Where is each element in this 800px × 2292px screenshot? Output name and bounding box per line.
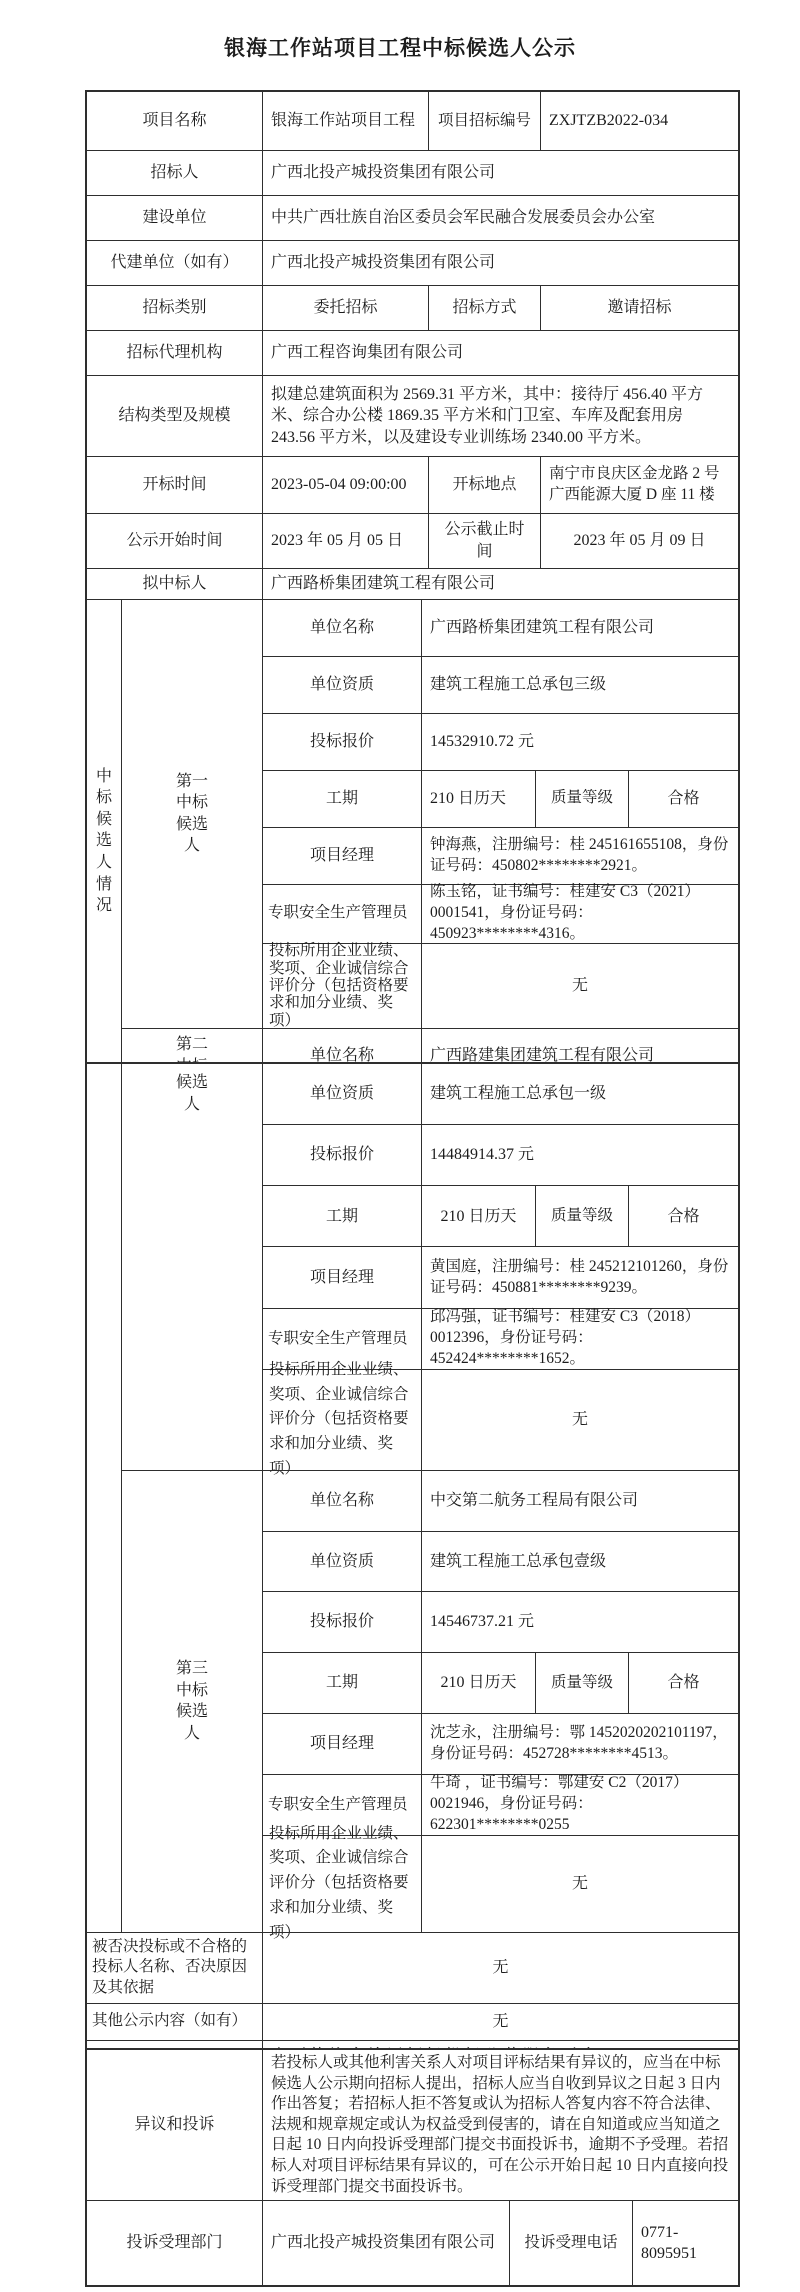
row-tenderer: 招标人 广西北投产城投资集团有限公司 xyxy=(87,150,738,195)
first-unit-qualification-value: 建筑工程施工总承包三级 xyxy=(421,657,738,713)
first-safety-officer-value: 陈玉铭，证书编号：桂建安 C3（2021）0001541，身份证号码：45092… xyxy=(421,885,738,943)
second-safety-officer-value: 邱冯强，证书编号：桂建安 C3（2018）0012396，身份证号码：45242… xyxy=(421,1309,738,1369)
second-quality-grade-value: 合格 xyxy=(628,1186,738,1246)
third-unit-qualification-value: 建筑工程施工总承包壹级 xyxy=(421,1532,738,1592)
candidates-block-page1: 中标 候选 人情 况 第一 中标 候选 人 单位名称 广西路桥集团建筑工程有限公… xyxy=(87,599,738,1083)
row-other-content: 其他公示内容（如有） 无 xyxy=(87,2003,738,2040)
third-duration-value: 210 日历天 xyxy=(421,1653,535,1713)
project-manager-label: 项目经理 xyxy=(263,1714,421,1774)
unit-name-label: 单位名称 xyxy=(263,600,421,656)
tender-category-value: 委托招标 xyxy=(262,286,428,330)
bid-opening-time-label: 开标时间 xyxy=(87,457,262,513)
announcement-table-page3: 异议和投诉 若投标人或其他利害关系人对项目评标结果有异议的，应当在中标候选人公示… xyxy=(85,2048,740,2287)
row-first-safety-officer: 专职安全生产管理员 陈玉铭，证书编号：桂建安 C3（2021）0001541，身… xyxy=(263,884,738,943)
objection-complaint-value: 若投标人或其他利害关系人对项目评标结果有异议的，应当在中标候选人公示期向招标人提… xyxy=(262,2050,738,2200)
second-candidate-rank-label-part2: 候选 人 xyxy=(122,1064,262,1470)
publicity-start-value: 2023 年 05 月 05 日 xyxy=(262,514,428,568)
bid-price-label: 投标报价 xyxy=(263,714,421,770)
row-first-duration: 工期 210 日历天 质量等级 合格 xyxy=(263,770,738,827)
second-duration-value: 210 日历天 xyxy=(421,1186,535,1246)
project-manager-label: 项目经理 xyxy=(263,1247,421,1307)
complaint-phone-value: 0771-8095951 xyxy=(632,2201,738,2285)
row-second-performance: 投标所用企业业绩、奖项、企业诚信综合评价分（包括资格要求和加分业绩、奖项） 无 xyxy=(263,1369,738,1470)
candidates-section-label-continued xyxy=(87,1064,121,1932)
second-candidate-rows-page2: 单位资质 建筑工程施工总承包一级 投标报价 14484914.37 元 工期 2… xyxy=(262,1064,738,1470)
third-unit-name-value: 中交第二航务工程局有限公司 xyxy=(421,1471,738,1531)
third-quality-grade-value: 合格 xyxy=(628,1653,738,1713)
second-candidate-block-page2: 候选 人 单位资质 建筑工程施工总承包一级 投标报价 14484914.37 元… xyxy=(122,1064,738,1470)
structure-value: 拟建总建筑面积为 2569.31 平方米，其中：接待厅 456.40 平方米、综… xyxy=(262,376,738,456)
tender-category-label: 招标类别 xyxy=(87,286,262,330)
quality-grade-label: 质量等级 xyxy=(535,1186,628,1246)
other-content-value: 无 xyxy=(262,2004,738,2040)
row-first-performance: 投标所用企业业绩、奖项、企业诚信综合评价分（包括资格要求和加分业绩、奖项） 无 xyxy=(263,943,738,1028)
row-second-bid-price: 投标报价 14484914.37 元 xyxy=(263,1124,738,1185)
announcement-table-page2: 候选 人 单位资质 建筑工程施工总承包一级 投标报价 14484914.37 元… xyxy=(85,1062,740,2142)
first-candidate-rows: 单位名称 广西路桥集团建筑工程有限公司 单位资质 建筑工程施工总承包三级 投标报… xyxy=(262,600,738,1028)
tender-agency-label: 招标代理机构 xyxy=(87,331,262,375)
third-candidate-block: 第三 中标 候选 人 单位名称 中交第二航务工程局有限公司 单位资质 建筑工程施… xyxy=(122,1470,738,1932)
bid-price-label: 投标报价 xyxy=(263,1125,421,1185)
quality-grade-label: 质量等级 xyxy=(535,771,628,827)
document-page: 银海工作站项目工程中标候选人公示 项目名称 银海工作站项目工程 项目招标编号 Z… xyxy=(0,0,800,2292)
first-unit-name-value: 广西路桥集团建筑工程有限公司 xyxy=(421,600,738,656)
publicity-end-label: 公示截止时间 xyxy=(428,514,540,568)
proposed-winner-label: 拟中标人 xyxy=(87,569,262,599)
rejected-bidders-label: 被否决投标或不合格的投标人名称、否决原因及其依据 xyxy=(87,1933,262,2003)
row-objection-complaint: 异议和投诉 若投标人或其他利害关系人对项目评标结果有异议的，应当在中标候选人公示… xyxy=(87,2050,738,2200)
duration-label: 工期 xyxy=(263,771,421,827)
row-project-name: 项目名称 银海工作站项目工程 项目招标编号 ZXJTZB2022-034 xyxy=(87,92,738,150)
unit-qualification-label: 单位资质 xyxy=(263,1064,421,1124)
row-second-unit-qualification: 单位资质 建筑工程施工总承包一级 xyxy=(263,1064,738,1124)
third-candidate-rank-label: 第三 中标 候选 人 xyxy=(122,1471,262,1932)
bid-opening-place-value: 南宁市良庆区金龙路 2 号广西能源大厦 D 座 11 楼 xyxy=(540,457,738,513)
safety-officer-label: 专职安全生产管理员 xyxy=(263,885,421,943)
structure-label: 结构类型及规模 xyxy=(87,376,262,456)
complaint-department-label: 投诉受理部门 xyxy=(87,2201,262,2285)
unit-qualification-label: 单位资质 xyxy=(263,657,421,713)
proposed-winner-value: 广西路桥集团建筑工程有限公司 xyxy=(262,569,738,599)
agent-construction-unit-label: 代建单位（如有） xyxy=(87,241,262,285)
third-candidate-rows: 单位名称 中交第二航务工程局有限公司 单位资质 建筑工程施工总承包壹级 投标报价… xyxy=(262,1471,738,1932)
first-candidate-block: 第一 中标 候选 人 单位名称 广西路桥集团建筑工程有限公司 单位资质 建筑工程… xyxy=(122,600,738,1028)
publicity-start-label: 公示开始时间 xyxy=(87,514,262,568)
row-third-unit-qualification: 单位资质 建筑工程施工总承包壹级 xyxy=(263,1531,738,1592)
candidates-block-page2: 候选 人 单位资质 建筑工程施工总承包一级 投标报价 14484914.37 元… xyxy=(87,1064,738,1932)
row-rejected-bidders: 被否决投标或不合格的投标人名称、否决原因及其依据 无 xyxy=(87,1932,738,2003)
tender-method-value: 邀请招标 xyxy=(540,286,738,330)
duration-label: 工期 xyxy=(263,1653,421,1713)
first-bid-price-value: 14532910.72 元 xyxy=(421,714,738,770)
candidates-group: 第一 中标 候选 人 单位名称 广西路桥集团建筑工程有限公司 单位资质 建筑工程… xyxy=(121,600,738,1083)
third-project-manager-value: 沈芝永，注册编号：鄂 1452020202101197，身份证号码：452728… xyxy=(421,1714,738,1774)
third-safety-officer-value: 牛琦 ，证书编号：鄂建安 C2（2017）0021946，身份证号码：62230… xyxy=(421,1775,738,1835)
row-third-bid-price: 投标报价 14546737.21 元 xyxy=(263,1591,738,1652)
candidates-section-label: 中标 候选 人情 况 xyxy=(87,600,121,1083)
project-name-label: 项目名称 xyxy=(87,92,262,150)
bid-number-label: 项目招标编号 xyxy=(428,92,540,150)
document-title: 银海工作站项目工程中标候选人公示 xyxy=(0,32,800,62)
complaint-department-value: 广西北投产城投资集团有限公司 xyxy=(262,2201,509,2285)
rejected-bidders-value: 无 xyxy=(262,1933,738,2003)
row-proposed-winner: 拟中标人 广西路桥集团建筑工程有限公司 xyxy=(87,568,738,599)
performance-label: 投标所用企业业绩、奖项、企业诚信综合评价分（包括资格要求和加分业绩、奖项） xyxy=(263,1370,421,1470)
row-structure: 结构类型及规模 拟建总建筑面积为 2569.31 平方米，其中：接待厅 456.… xyxy=(87,375,738,456)
construction-unit-label: 建设单位 xyxy=(87,196,262,240)
duration-label: 工期 xyxy=(263,1186,421,1246)
candidates-group-continued: 候选 人 单位资质 建筑工程施工总承包一级 投标报价 14484914.37 元… xyxy=(121,1064,738,1932)
first-quality-grade-value: 合格 xyxy=(628,771,738,827)
row-agent-construction-unit: 代建单位（如有） 广西北投产城投资集团有限公司 xyxy=(87,240,738,285)
second-project-manager-value: 黄国庭，注册编号：桂 245212101260，身份证号码：450881****… xyxy=(421,1247,738,1307)
row-third-performance: 投标所用企业业绩、奖项、企业诚信综合评价分（包括资格要求和加分业绩、奖项） 无 xyxy=(263,1835,738,1932)
row-construction-unit: 建设单位 中共广西壮族自治区委员会军民融合发展委员会办公室 xyxy=(87,195,738,240)
row-third-project-manager: 项目经理 沈芝永，注册编号：鄂 1452020202101197，身份证号码：4… xyxy=(263,1713,738,1774)
agent-construction-unit-value: 广西北投产城投资集团有限公司 xyxy=(262,241,738,285)
first-duration-value: 210 日历天 xyxy=(421,771,535,827)
first-performance-value: 无 xyxy=(421,944,738,1028)
tenderer-label: 招标人 xyxy=(87,151,262,195)
third-performance-value: 无 xyxy=(421,1836,738,1932)
objection-complaint-label: 异议和投诉 xyxy=(87,2050,262,2200)
row-first-bid-price: 投标报价 14532910.72 元 xyxy=(263,713,738,770)
row-third-unit-name: 单位名称 中交第二航务工程局有限公司 xyxy=(263,1471,738,1531)
first-candidate-rank-label: 第一 中标 候选 人 xyxy=(122,600,262,1028)
quality-grade-label: 质量等级 xyxy=(535,1653,628,1713)
row-third-duration: 工期 210 日历天 质量等级 合格 xyxy=(263,1652,738,1713)
tenderer-value: 广西北投产城投资集团有限公司 xyxy=(262,151,738,195)
row-publicity-period: 公示开始时间 2023 年 05 月 05 日 公示截止时间 2023 年 05… xyxy=(87,513,738,568)
unit-name-label: 单位名称 xyxy=(263,1471,421,1531)
row-second-project-manager: 项目经理 黄国庭，注册编号：桂 245212101260，身份证号码：45088… xyxy=(263,1246,738,1307)
project-name-value: 银海工作站项目工程 xyxy=(262,92,428,150)
bid-opening-time-value: 2023-05-04 09:00:00 xyxy=(262,457,428,513)
row-bid-opening: 开标时间 2023-05-04 09:00:00 开标地点 南宁市良庆区金龙路 … xyxy=(87,456,738,513)
row-second-duration: 工期 210 日历天 质量等级 合格 xyxy=(263,1185,738,1246)
tender-agency-value: 广西工程咨询集团有限公司 xyxy=(262,331,738,375)
row-tender-category: 招标类别 委托招标 招标方式 邀请招标 xyxy=(87,285,738,330)
complaint-phone-label: 投诉受理电话 xyxy=(509,2201,632,2285)
row-first-unit-qualification: 单位资质 建筑工程施工总承包三级 xyxy=(263,656,738,713)
third-bid-price-value: 14546737.21 元 xyxy=(421,1592,738,1652)
performance-label: 投标所用企业业绩、奖项、企业诚信综合评价分（包括资格要求和加分业绩、奖项） xyxy=(263,944,421,1028)
second-bid-price-value: 14484914.37 元 xyxy=(421,1125,738,1185)
row-first-project-manager: 项目经理 钟海燕，注册编号：桂 245161655108，身份证号码：45080… xyxy=(263,827,738,884)
publicity-end-value: 2023 年 05 月 09 日 xyxy=(540,514,738,568)
first-project-manager-value: 钟海燕，注册编号：桂 245161655108，身份证号码：450802****… xyxy=(421,828,738,884)
construction-unit-value: 中共广西壮族自治区委员会军民融合发展委员会办公室 xyxy=(262,196,738,240)
second-unit-qualification-value: 建筑工程施工总承包一级 xyxy=(421,1064,738,1124)
bid-number-value: ZXJTZB2022-034 xyxy=(540,92,738,150)
row-complaint-department: 投诉受理部门 广西北投产城投资集团有限公司 投诉受理电话 0771-809595… xyxy=(87,2200,738,2285)
tender-method-label: 招标方式 xyxy=(428,286,540,330)
project-manager-label: 项目经理 xyxy=(263,828,421,884)
bid-opening-place-label: 开标地点 xyxy=(428,457,540,513)
unit-qualification-label: 单位资质 xyxy=(263,1532,421,1592)
row-first-unit-name: 单位名称 广西路桥集团建筑工程有限公司 xyxy=(263,600,738,656)
performance-label: 投标所用企业业绩、奖项、企业诚信综合评价分（包括资格要求和加分业绩、奖项） xyxy=(263,1836,421,1932)
other-content-label: 其他公示内容（如有） xyxy=(87,2004,262,2040)
bid-price-label: 投标报价 xyxy=(263,1592,421,1652)
row-tender-agency: 招标代理机构 广西工程咨询集团有限公司 xyxy=(87,330,738,375)
second-performance-value: 无 xyxy=(421,1370,738,1470)
announcement-table-page1: 项目名称 银海工作站项目工程 项目招标编号 ZXJTZB2022-034 招标人… xyxy=(85,90,740,1085)
